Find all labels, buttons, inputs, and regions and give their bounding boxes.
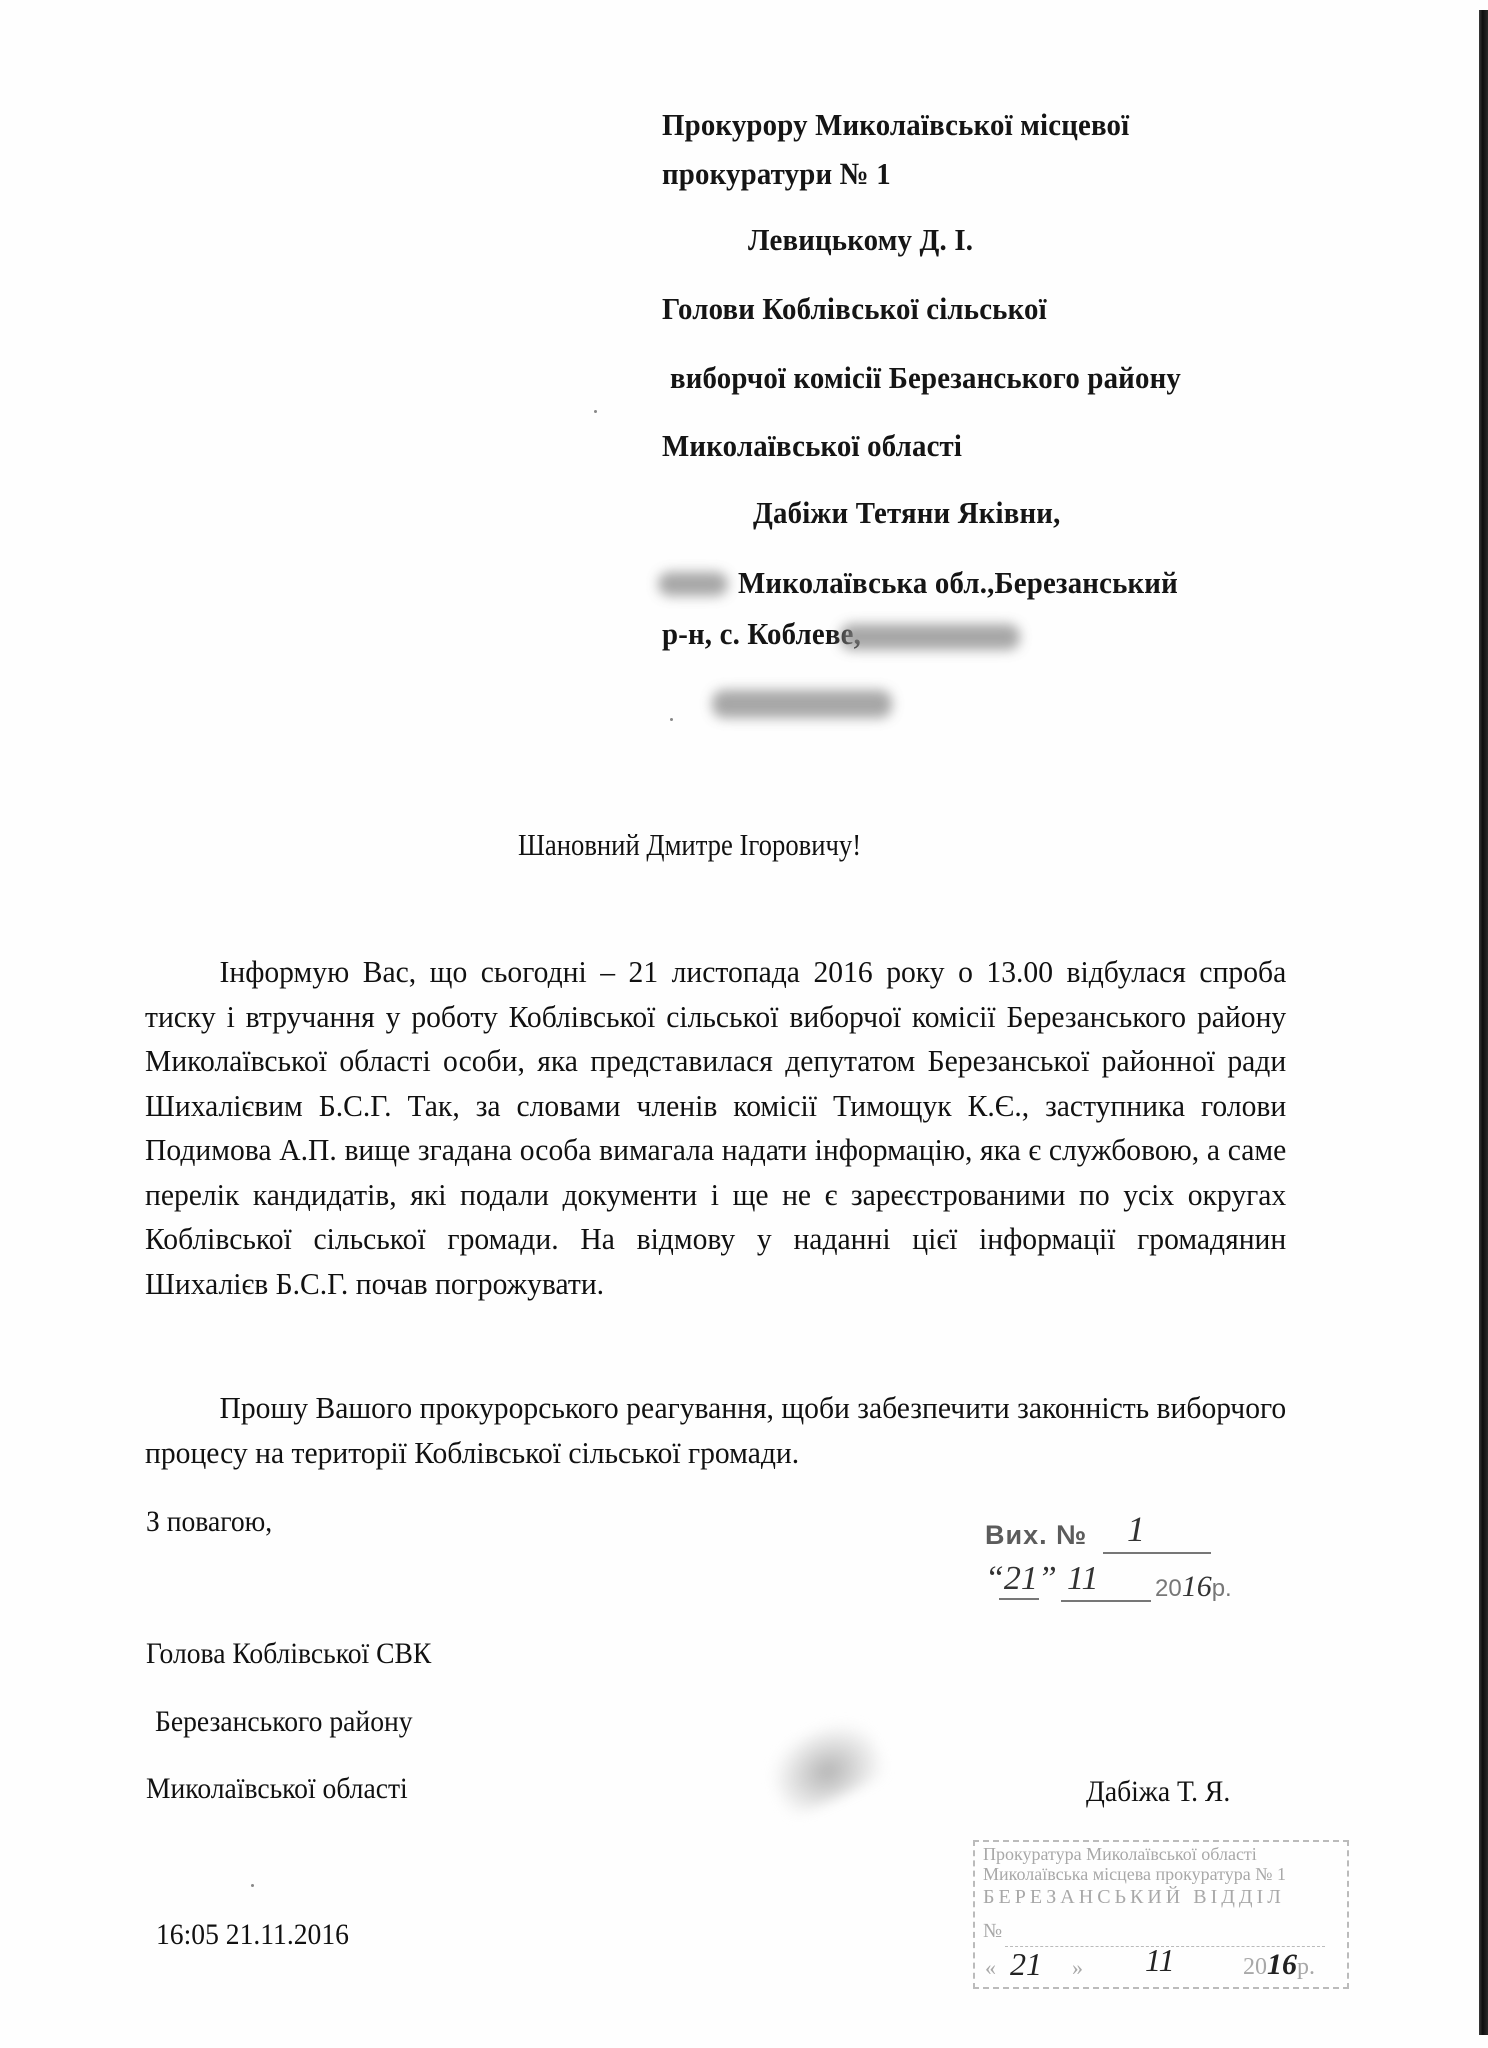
stamp-month: 11 [1145,1942,1175,1979]
underline [999,1598,1039,1600]
outgoing-day: “21” [985,1560,1057,1598]
stamp-line-2: Миколаївська місцева прокуратура № 1 [983,1864,1286,1885]
stamp-number-label: № [983,1920,1002,1943]
outgoing-number-stamp: Вих. № 1 “21” 11 2016р. [985,1512,1235,1602]
outgoing-number: 1 [1127,1508,1145,1550]
redacted-signature [760,1710,889,1820]
address-line-2: р-н, с. Коблеве, [662,616,861,652]
body-paragraph-2: Прошу Вашого прокурорського реагування, … [145,1386,1286,1475]
outgoing-label: Вих. № [985,1520,1087,1551]
stamp-day: «21» [985,1946,1083,1983]
sender-name: Дабіжи Тетяни Яківни, [753,495,1060,531]
outgoing-year: 2016р. [1155,1570,1232,1604]
fax-timestamp: 16:05 21.11.2016 [156,1918,349,1952]
body-paragraph-1: Інформую Вас, що сьогодні – 21 листопада… [145,950,1286,1306]
signatory-name: Дабіжа Т. Я. [1086,1775,1230,1809]
signatory-title-2: Березанського району [155,1705,413,1739]
addressee-line-2: прокуратури № 1 [662,156,891,192]
redacted-address-part [658,572,728,596]
address-line-1: Миколаївська обл.,Березанський [738,565,1178,601]
addressee-line-1: Прокурору Миколаївської місцевої [662,107,1129,143]
redacted-phone [712,690,892,718]
sender-line-2: виборчої комісії Березанського району [670,360,1181,396]
stamp-line-3: БЕРЕЗАНСЬКИЙ ВІДДІЛ [983,1886,1285,1909]
letter-body: Інформую Вас, що сьогодні – 21 листопада… [145,950,1286,1306]
signatory-title-1: Голова Коблівської СВК [146,1637,431,1671]
stamp-line-1: Прокуратура Миколаївської області [983,1844,1257,1865]
signatory-title-3: Миколаївської області [146,1772,408,1806]
underline [1103,1552,1211,1554]
underline [1061,1600,1151,1602]
stamp-year: 2016р. [1243,1948,1315,1982]
redacted-address-street [840,624,1020,650]
scan-speck [594,410,597,413]
greeting: Шановний Дмитре Ігоровичу! [518,827,861,863]
letter-body-2: Прошу Вашого прокурорського реагування, … [145,1386,1286,1475]
closing: З повагою, [146,1505,272,1539]
outgoing-month: 11 [1067,1560,1098,1598]
scan-edge-border [1479,10,1488,2035]
scan-speck [670,718,673,721]
addressee-name: Левицькому Д. І. [748,222,973,258]
sender-line-1: Голови Коблівської сільської [662,291,1047,327]
scan-speck [251,1884,254,1887]
sender-line-3: Миколаївської області [662,428,962,464]
incoming-registration-stamp: Прокуратура Миколаївської області Микола… [973,1840,1349,1989]
